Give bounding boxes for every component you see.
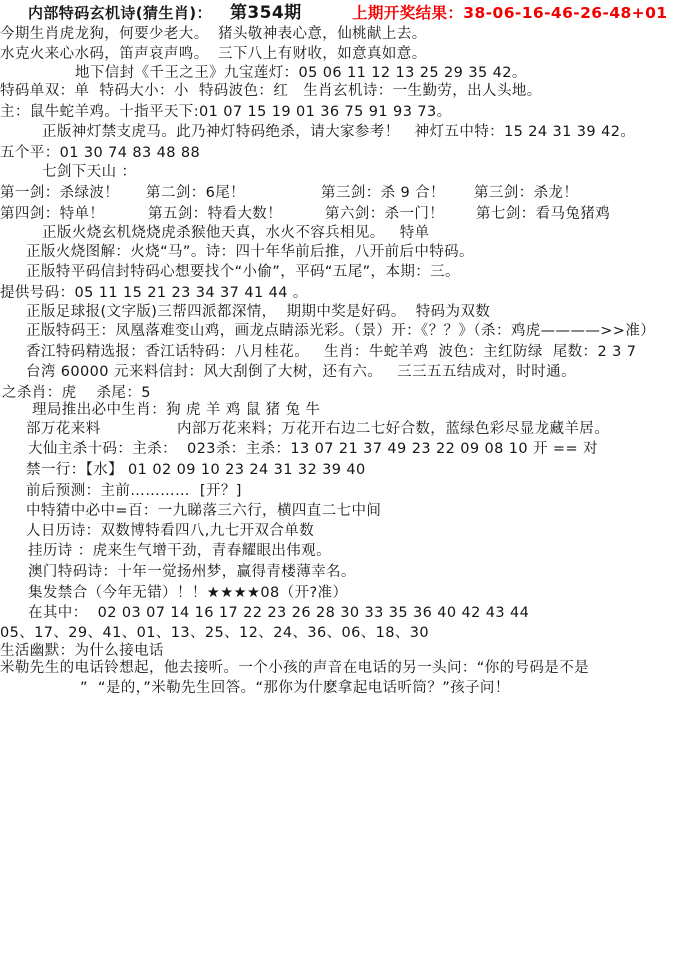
text-segment: 七剑下天山 ： bbox=[42, 163, 136, 182]
text-segment: 大仙主杀十码：主杀： 023杀：主杀：13 07 21 37 49 23 22 … bbox=[28, 440, 598, 459]
text-segment: 主：鼠牛蛇羊鸡。十指平天下:01 07 15 19 01 36 75 91 93… bbox=[0, 103, 451, 122]
text-segment: 前后预测：主前………… [开？] bbox=[26, 482, 242, 501]
text-segment: 澳门特码诗：十年一觉扬州梦，赢得青楼薄幸名。 bbox=[28, 563, 356, 582]
text-segment: 禁一行：【水】 01 02 09 10 23 24 31 32 39 40 bbox=[26, 461, 366, 480]
text-segment: 三下八上有财收，如意真如意。 bbox=[218, 45, 427, 64]
last-draw-result: 上期开奖结果：38-06-16-46-26-48+01 bbox=[352, 4, 667, 23]
text-segment: 集发禁合（今年无错）！！★★★★08（开?准） bbox=[28, 584, 347, 603]
text-segment: 地下信封《千王之王》九宝莲灯：05 06 11 12 13 25 29 35 4… bbox=[75, 64, 527, 83]
text-segment: 正版特平码信封特码心想要找个“小偷”，平码“五尾”，本期：三。 bbox=[26, 263, 460, 282]
text-segment: 部万花来料 bbox=[26, 420, 101, 439]
issue-number: 第354期 bbox=[230, 4, 302, 23]
text-segment: 挂历诗 ：虎来生气增干劲，青春耀眼出伟观。 bbox=[28, 542, 331, 561]
text-segment: 特码单双：单 特码大小：小 特码波色：红 生肖玄机诗：一生勤劳，出人头地。 bbox=[0, 82, 542, 101]
text-segment: 水克火来心水码，笛声哀声鸣。 bbox=[0, 45, 209, 64]
text-segment: 正版火烧玄机烧烧虎杀猴他天真，水火不容兵相见。 特单 bbox=[42, 224, 430, 243]
text-segment: 第三剑：杀龙！ bbox=[474, 184, 578, 203]
text-segment: 今期生肖虎龙狗，何要少老大。 bbox=[0, 25, 209, 44]
text-segment: 第三剑：杀 9 合！ bbox=[321, 184, 445, 203]
text-segment: 提供号码：05 11 15 21 23 34 37 41 44 。 bbox=[0, 284, 308, 303]
text-segment: 内部万花来料；万花开右边二七好合数，蓝绿色彩尽显龙藏羊居。 bbox=[177, 420, 609, 439]
text-segment: 在其中： 02 03 07 14 16 17 22 23 26 28 30 33… bbox=[28, 604, 529, 623]
text-segment: 人日历诗：双数博特看四八,九七开双合单数 bbox=[26, 522, 314, 541]
text-segment: 第二剑：6尾！ bbox=[146, 184, 245, 203]
text-segment: 第七剑：看马兔猪鸡 bbox=[476, 205, 610, 224]
text-segment: 第六剑：杀一门！ bbox=[325, 205, 444, 224]
text-segment: 正版特码王：凤凰落难变山鸡，画龙点睛添光彩。（景）开：《？？》（杀：鸡虎————… bbox=[26, 322, 655, 341]
text-segment: 香江特码精选报：香江话特码：八月桂花。 生肖：牛蛇羊鸡 波色：主红防绿 尾数：2… bbox=[26, 343, 636, 362]
text-segment: 第五剑：特看大数！ bbox=[148, 205, 282, 224]
text-segment: 正版足球报(文字版)三帮四派都深情， 期期中奖是好码。 特码为双数 bbox=[26, 303, 490, 322]
header-label: 内部特码玄机诗(猜生肖)： bbox=[28, 4, 212, 23]
text-segment: 第四剑：特单！ bbox=[0, 205, 104, 224]
text-segment: 正版神灯禁支虎马。此乃神灯特码绝杀，请大家参考！ 神灯五中特：15 24 31 … bbox=[42, 123, 635, 142]
text-segment: 理局推出必中生肖：狗 虎 羊 鸡 鼠 猪 兔 牛 bbox=[32, 401, 320, 420]
text-segment: 正版火烧图解：火烧“马”。诗：四十年华前后推，八开前后中特码。 bbox=[26, 243, 474, 262]
text-segment: 米勒先生的电话铃想起，他去接听。一个小孩的声音在电话的另一头问：“你的号码是不是 bbox=[0, 659, 589, 678]
text-segment: 中特猜中必中=百：一九睇落三六行，横四直二七中间 bbox=[26, 502, 381, 521]
text-segment: ” “是的，”米勒先生回答。“那你为什麽拿起电话听筒？”孩子问！ bbox=[80, 679, 510, 698]
document-page: 内部特码玄机诗(猜生肖)：第354期上期开奖结果：38-06-16-46-26-… bbox=[0, 0, 675, 971]
text-segment: 猪头敬神表心意，仙桃献上去。 bbox=[218, 25, 427, 44]
text-segment: 第一剑：杀绿波！ bbox=[0, 184, 119, 203]
text-segment: 台湾 60000 元来料信封：风大刮倒了大树，还有六。 三三五五结成对，时时通。 bbox=[26, 363, 576, 382]
text-segment: 05、17、29、41、01、13、25、12、24、36、06、18、30 bbox=[0, 624, 429, 643]
text-segment: 五个平：01 30 74 83 48 88 bbox=[0, 144, 200, 163]
